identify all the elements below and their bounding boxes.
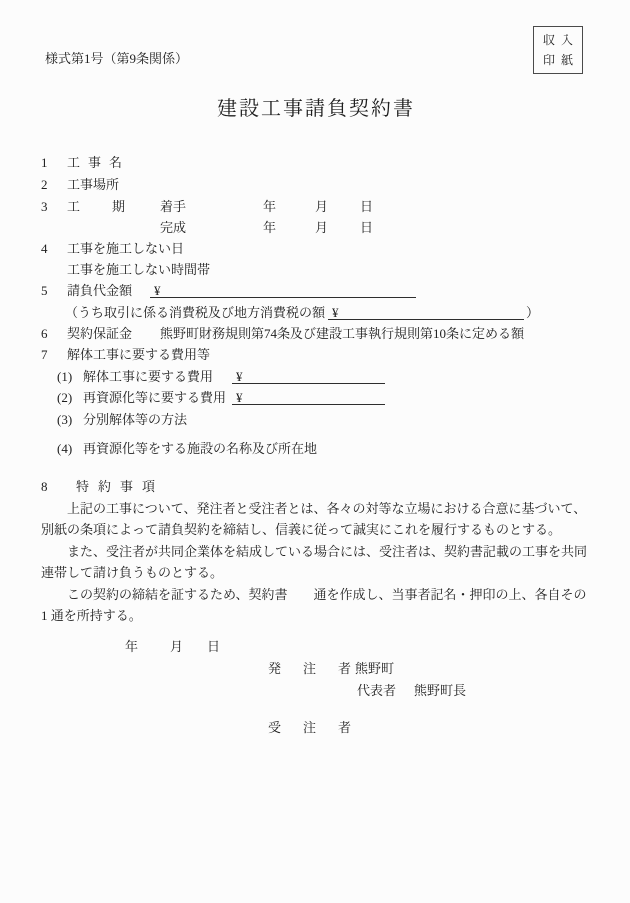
subitem-label-recycling-facility: 再資源化等をする施設の名称及び所在地: [83, 440, 317, 457]
contract-bond-value: 熊野町財務規則第74条及び建設工事執行規則第10条に定める額: [160, 325, 524, 342]
contract-amount-field: ¥: [150, 282, 416, 298]
item-label-contract-amount: 請負代金額: [67, 282, 132, 299]
item-label-no-work-hours: 工事を施工しない時間帯: [67, 261, 210, 278]
revenue-stamp-box: 収入 印紙: [533, 26, 583, 74]
revenue-stamp-line2: 印紙: [534, 50, 582, 70]
item-label-no-work-days: 工事を施工しない日: [67, 240, 184, 257]
contract-form-page: 様式第1号（第9条関係） 収入 印紙 建設工事請負契約書 1 工事名 2 工事場…: [0, 0, 630, 903]
item-label-contract-bond: 契約保証金: [67, 325, 132, 342]
subitem-label-demolition-cost: 解体工事に要する費用: [83, 368, 213, 385]
contractor-label: 受注者: [268, 719, 373, 736]
item-number: 1: [41, 154, 48, 171]
month-label: 月: [170, 638, 183, 655]
document-title: 建設工事請負契約書: [0, 92, 630, 121]
item-number: 2: [41, 176, 48, 193]
period-start-label: 着手: [160, 198, 186, 215]
year-label: 年: [263, 219, 276, 236]
paragraph-line: 別紙の条項によって請負契約を締結し、信義に従って誠実にこれを履行するものとする。: [41, 521, 561, 538]
subitem-label-recycling-cost: 再資源化等に要する費用: [83, 389, 226, 406]
day-label: 日: [360, 198, 373, 215]
day-label: 日: [207, 638, 220, 655]
yen-symbol: ¥: [332, 304, 339, 321]
item-number: 6: [41, 325, 48, 342]
subitem-number: (1): [57, 368, 72, 385]
paragraph-line: 1 通を所持する。: [41, 607, 142, 624]
item-label-work-name: 工事名: [67, 154, 130, 171]
month-label: 月: [315, 219, 328, 236]
form-number: 様式第1号（第9条関係）: [45, 48, 188, 67]
consumption-tax-label: （うち取引に係る消費税及び地方消費税の額: [65, 304, 325, 321]
item-label-work-period: 工期: [67, 198, 157, 215]
recycling-cost-field: ¥: [232, 389, 385, 405]
year-label: 年: [263, 198, 276, 215]
subitem-number: (4): [57, 440, 72, 457]
revenue-stamp-line1: 収入: [534, 30, 582, 50]
subitem-number: (3): [57, 411, 72, 428]
paragraph-line: 連帯して請け負うものとする。: [41, 564, 223, 581]
item-number: 4: [41, 240, 48, 257]
item-number: 5: [41, 282, 48, 299]
yen-symbol: ¥: [154, 282, 161, 299]
item-number: 3: [41, 198, 48, 215]
item-number: 8: [41, 478, 48, 495]
paragraph-line: 上記の工事について、発注者と受注者とは、各々の対等な立場における合意に基づいて、: [41, 500, 586, 517]
yen-symbol: ¥: [236, 389, 243, 406]
day-label: 日: [360, 219, 373, 236]
item-label-demolition-costs: 解体工事に要する費用等: [67, 346, 210, 363]
subitem-label-separation-method: 分別解体等の方法: [83, 411, 187, 428]
period-finish-label: 完成: [160, 219, 186, 236]
yen-symbol: ¥: [236, 368, 243, 385]
representative-label: 代表者: [357, 682, 396, 699]
demolition-cost-field: ¥: [232, 368, 385, 384]
item-number: 7: [41, 346, 48, 363]
year-label: 年: [125, 638, 138, 655]
paragraph-line: この契約の締結を証するため、契約書 通を作成し、当事者記名・押印の上、各自その: [41, 586, 586, 603]
subitem-number: (2): [57, 389, 72, 406]
item-label-special-provisions: 特約事項: [76, 478, 164, 495]
item-label-work-location: 工事場所: [67, 176, 119, 193]
paragraph-line: また、受注者が共同企業体を結成している場合には、受注者は、契約書記載の工事を共同: [41, 543, 587, 560]
contractor-row: 受注者: [0, 719, 630, 770]
orderer-name: 熊野町: [355, 660, 394, 677]
month-label: 月: [315, 198, 328, 215]
consumption-tax-field: ¥: [328, 304, 524, 320]
representative-name: 熊野町長: [414, 682, 466, 699]
closing-paren: ）: [526, 304, 539, 321]
